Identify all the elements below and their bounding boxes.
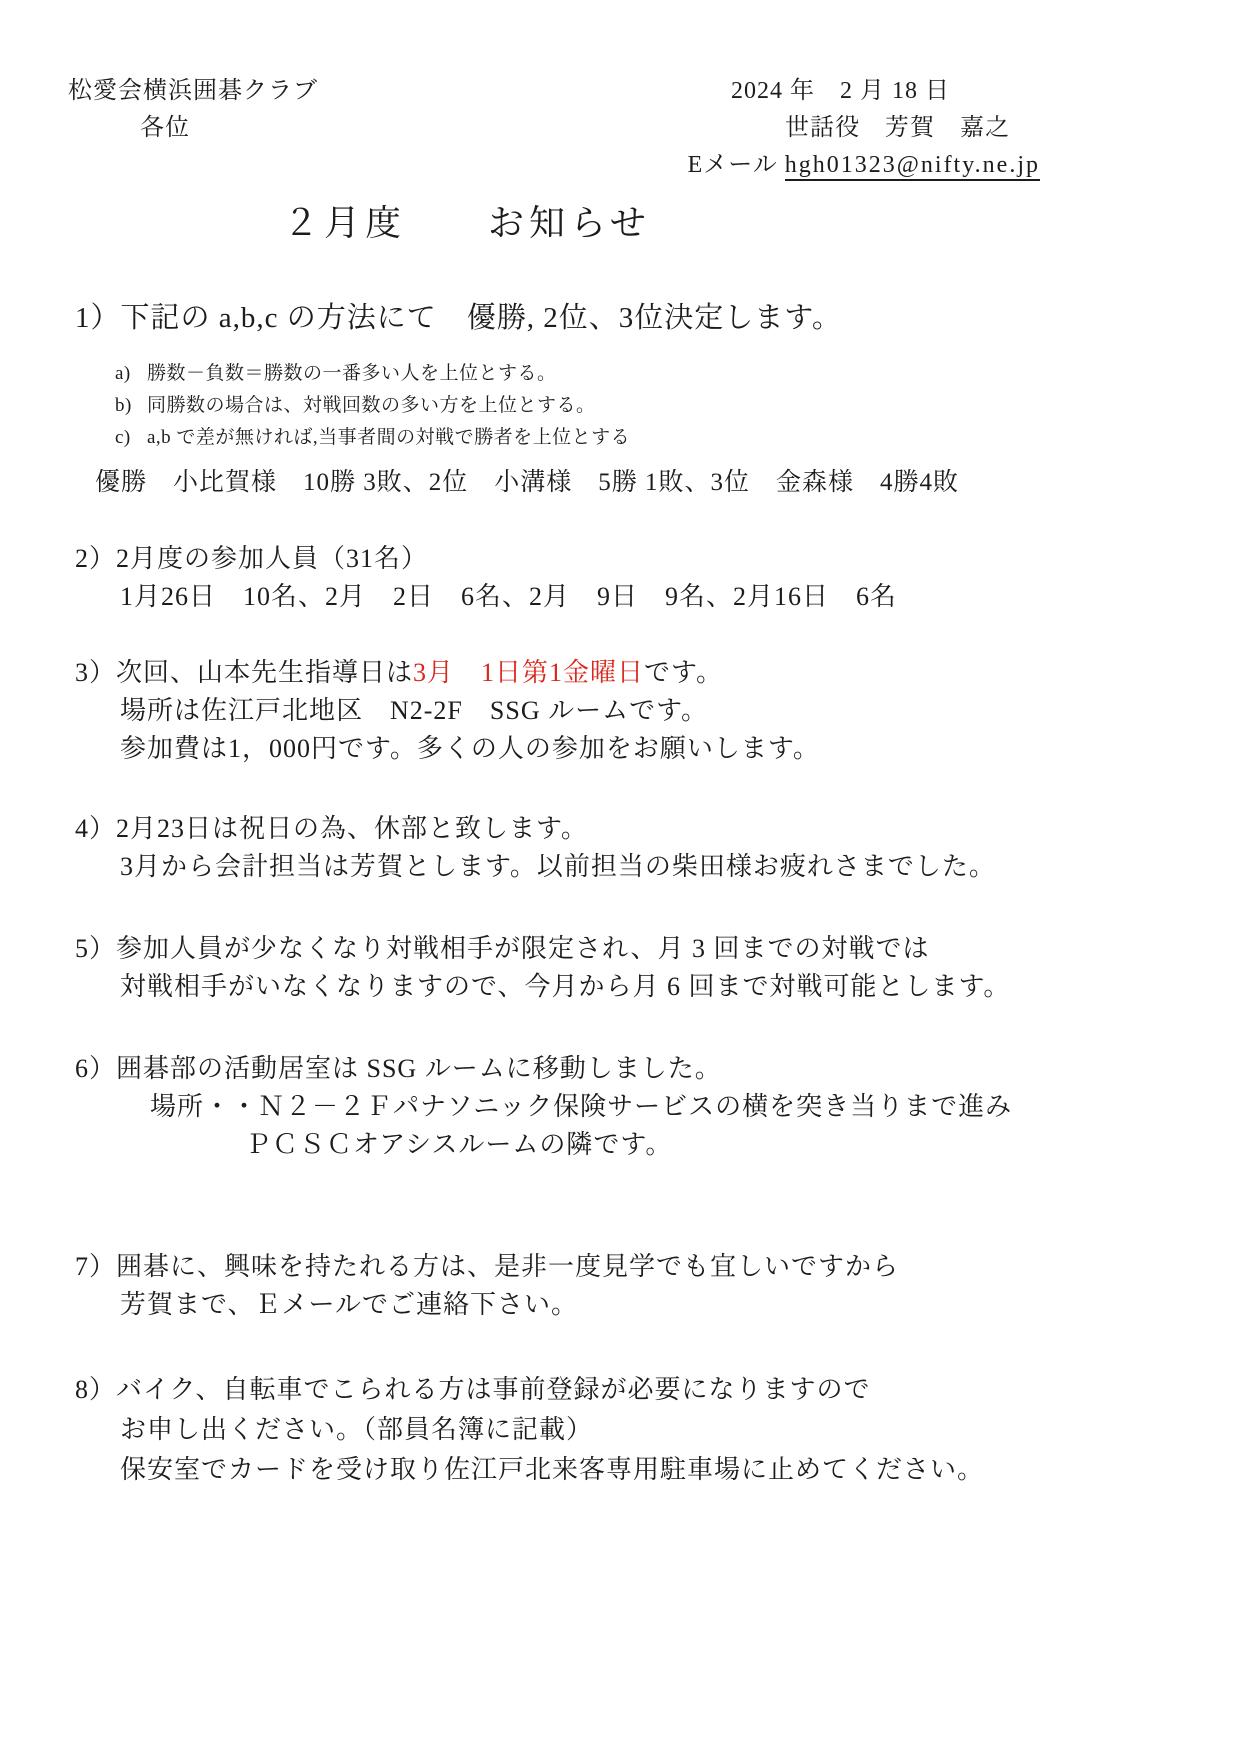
page-title: ２月度 お知らせ xyxy=(283,195,1240,246)
section-6-room-move: 6）囲碁部の活動居室は SSG ルームに移動しました。 場所・・Ｎ２－２Ｆパナソ… xyxy=(0,1050,1240,1164)
section-1-heading: 1）下記の a,b,c の方法にて 優勝, 2位、3位決定します。 xyxy=(75,298,1240,338)
caretaker-name: 世話役 芳賀 嘉之 xyxy=(785,107,1010,142)
list-item-text: 勝数－負数＝勝数の一番多い人を上位とする。 xyxy=(147,363,557,384)
list-item: b)同勝数の場合は、対戦回数の多い方を上位とする。 xyxy=(115,390,1240,422)
list-item: c)a,b で差が無ければ,当事者間の対戦で勝者を上位とする xyxy=(115,422,1240,454)
section-5-heading: 5）参加人員が少なくなり対戦相手が限定され、月 3 回までの対戦では xyxy=(75,930,1240,968)
section-8-heading: 8）バイク、自転車でこられる方は事前登録が必要になりますので xyxy=(75,1370,1240,1410)
section-7-invitation: 7）囲碁に、興味を持たれる方は、是非一度見学でも宜しいですから 芳賀まで、Ｅメー… xyxy=(0,1248,1240,1324)
section-3-heading: 3）次回、山本先生指導日は3月 1日第1金曜日です。 xyxy=(75,654,1240,692)
club-name: 松愛会横浜囲碁クラブ xyxy=(68,70,318,105)
section-4-heading: 4）2月23日は祝日の為、休部と致します。 xyxy=(75,810,1240,848)
list-item-label: b) xyxy=(115,390,147,422)
parking-instruction-line: 保安室でカードを受け取り佐江戸北来客専用駐車場に止めてください。 xyxy=(120,1450,1240,1490)
registration-line: お申し出ください。（部員名簿に記載） xyxy=(120,1410,1240,1450)
tournament-result-line: 優勝 小比賀様 10勝 3敗、2位 小溝様 5勝 1敗、3位 金森様 4勝4敗 xyxy=(95,466,1240,500)
section-4-holiday-notice: 4）2月23日は祝日の為、休部と致します。 3月から会計担当は芳賀とします。以前… xyxy=(0,810,1240,886)
list-item-label: c) xyxy=(115,422,147,454)
email-address-link[interactable]: hgh01323@nifty.ne.jp xyxy=(785,152,1040,181)
email-label: Eメール xyxy=(688,152,785,178)
header-row-2: 各位 世話役 芳賀 嘉之 xyxy=(0,107,1240,144)
accounting-change-line: 3月から会計担当は芳賀とします。以前担当の柴田様お疲れさまでした。 xyxy=(120,848,1240,886)
room-location-line: 場所・・Ｎ２－２Ｆパナソニック保険サービスの横を突き当りまで進み xyxy=(150,1088,1240,1126)
section-5-match-limit: 5）参加人員が少なくなり対戦相手が限定され、月 3 回までの対戦では 対戦相手が… xyxy=(0,930,1240,1006)
list-item-label: a) xyxy=(115,358,147,390)
lesson-date-highlight: 3月 1日第1金曜日 xyxy=(413,658,644,687)
heading-suffix: です。 xyxy=(644,658,723,687)
list-item: a)勝数－負数＝勝数の一番多い人を上位とする。 xyxy=(115,358,1240,390)
heading-prefix: 3）次回、山本先生指導日は xyxy=(75,658,413,687)
document-date: 2024 年 2 月 18 日 xyxy=(731,70,950,105)
lesson-place-line: 場所は佐江戸北地区 N2-2F SSG ルームです。 xyxy=(120,692,1240,730)
email-line: Eメール hgh01323@nifty.ne.jp xyxy=(688,144,1040,179)
room-location-line-2: ＰＣＳＣオアシスルームの隣です。 xyxy=(245,1126,1240,1164)
attendance-detail-line: 1月26日 10名、2月 2日 6名、2月 9日 9名、2月16日 6名 xyxy=(120,578,1240,616)
header-row-1: 松愛会横浜囲碁クラブ 2024 年 2 月 18 日 xyxy=(0,70,1240,107)
match-limit-detail-line: 対戦相手がいなくなりますので、今月から月 6 回まで対戦可能とします。 xyxy=(120,968,1240,1006)
section-2-attendance: 2）2月度の参加人員（31名） 1月26日 10名、2月 2日 6名、2月 9日… xyxy=(0,540,1240,616)
section-6-heading: 6）囲碁部の活動居室は SSG ルームに移動しました。 xyxy=(75,1050,1240,1088)
list-item-text: a,b で差が無ければ,当事者間の対戦で勝者を上位とする xyxy=(147,427,630,448)
section-1-rule-list: a)勝数－負数＝勝数の一番多い人を上位とする。 b)同勝数の場合は、対戦回数の多… xyxy=(115,358,1240,454)
notice-document-page: 松愛会横浜囲碁クラブ 2024 年 2 月 18 日 各位 世話役 芳賀 嘉之 … xyxy=(0,0,1240,1754)
header-row-3: Eメール hgh01323@nifty.ne.jp xyxy=(0,144,1240,181)
lesson-fee-line: 参加費は1，000円です。多くの人の参加をお願いします。 xyxy=(120,730,1240,768)
section-8-parking: 8）バイク、自転車でこられる方は事前登録が必要になりますので お申し出ください。… xyxy=(0,1370,1240,1490)
section-3-next-lesson: 3）次回、山本先生指導日は3月 1日第1金曜日です。 場所は佐江戸北地区 N2-… xyxy=(0,654,1240,768)
section-2-heading: 2）2月度の参加人員（31名） xyxy=(75,540,1240,578)
section-1-ranking-rules: 1）下記の a,b,c の方法にて 優勝, 2位、3位決定します。 a)勝数－負… xyxy=(0,298,1240,500)
salutation: 各位 xyxy=(140,107,190,142)
contact-line: 芳賀まで、Ｅメールでご連絡下さい。 xyxy=(120,1286,1240,1324)
list-item-text: 同勝数の場合は、対戦回数の多い方を上位とする。 xyxy=(147,395,596,416)
section-7-heading: 7）囲碁に、興味を持たれる方は、是非一度見学でも宜しいですから xyxy=(75,1248,1240,1286)
